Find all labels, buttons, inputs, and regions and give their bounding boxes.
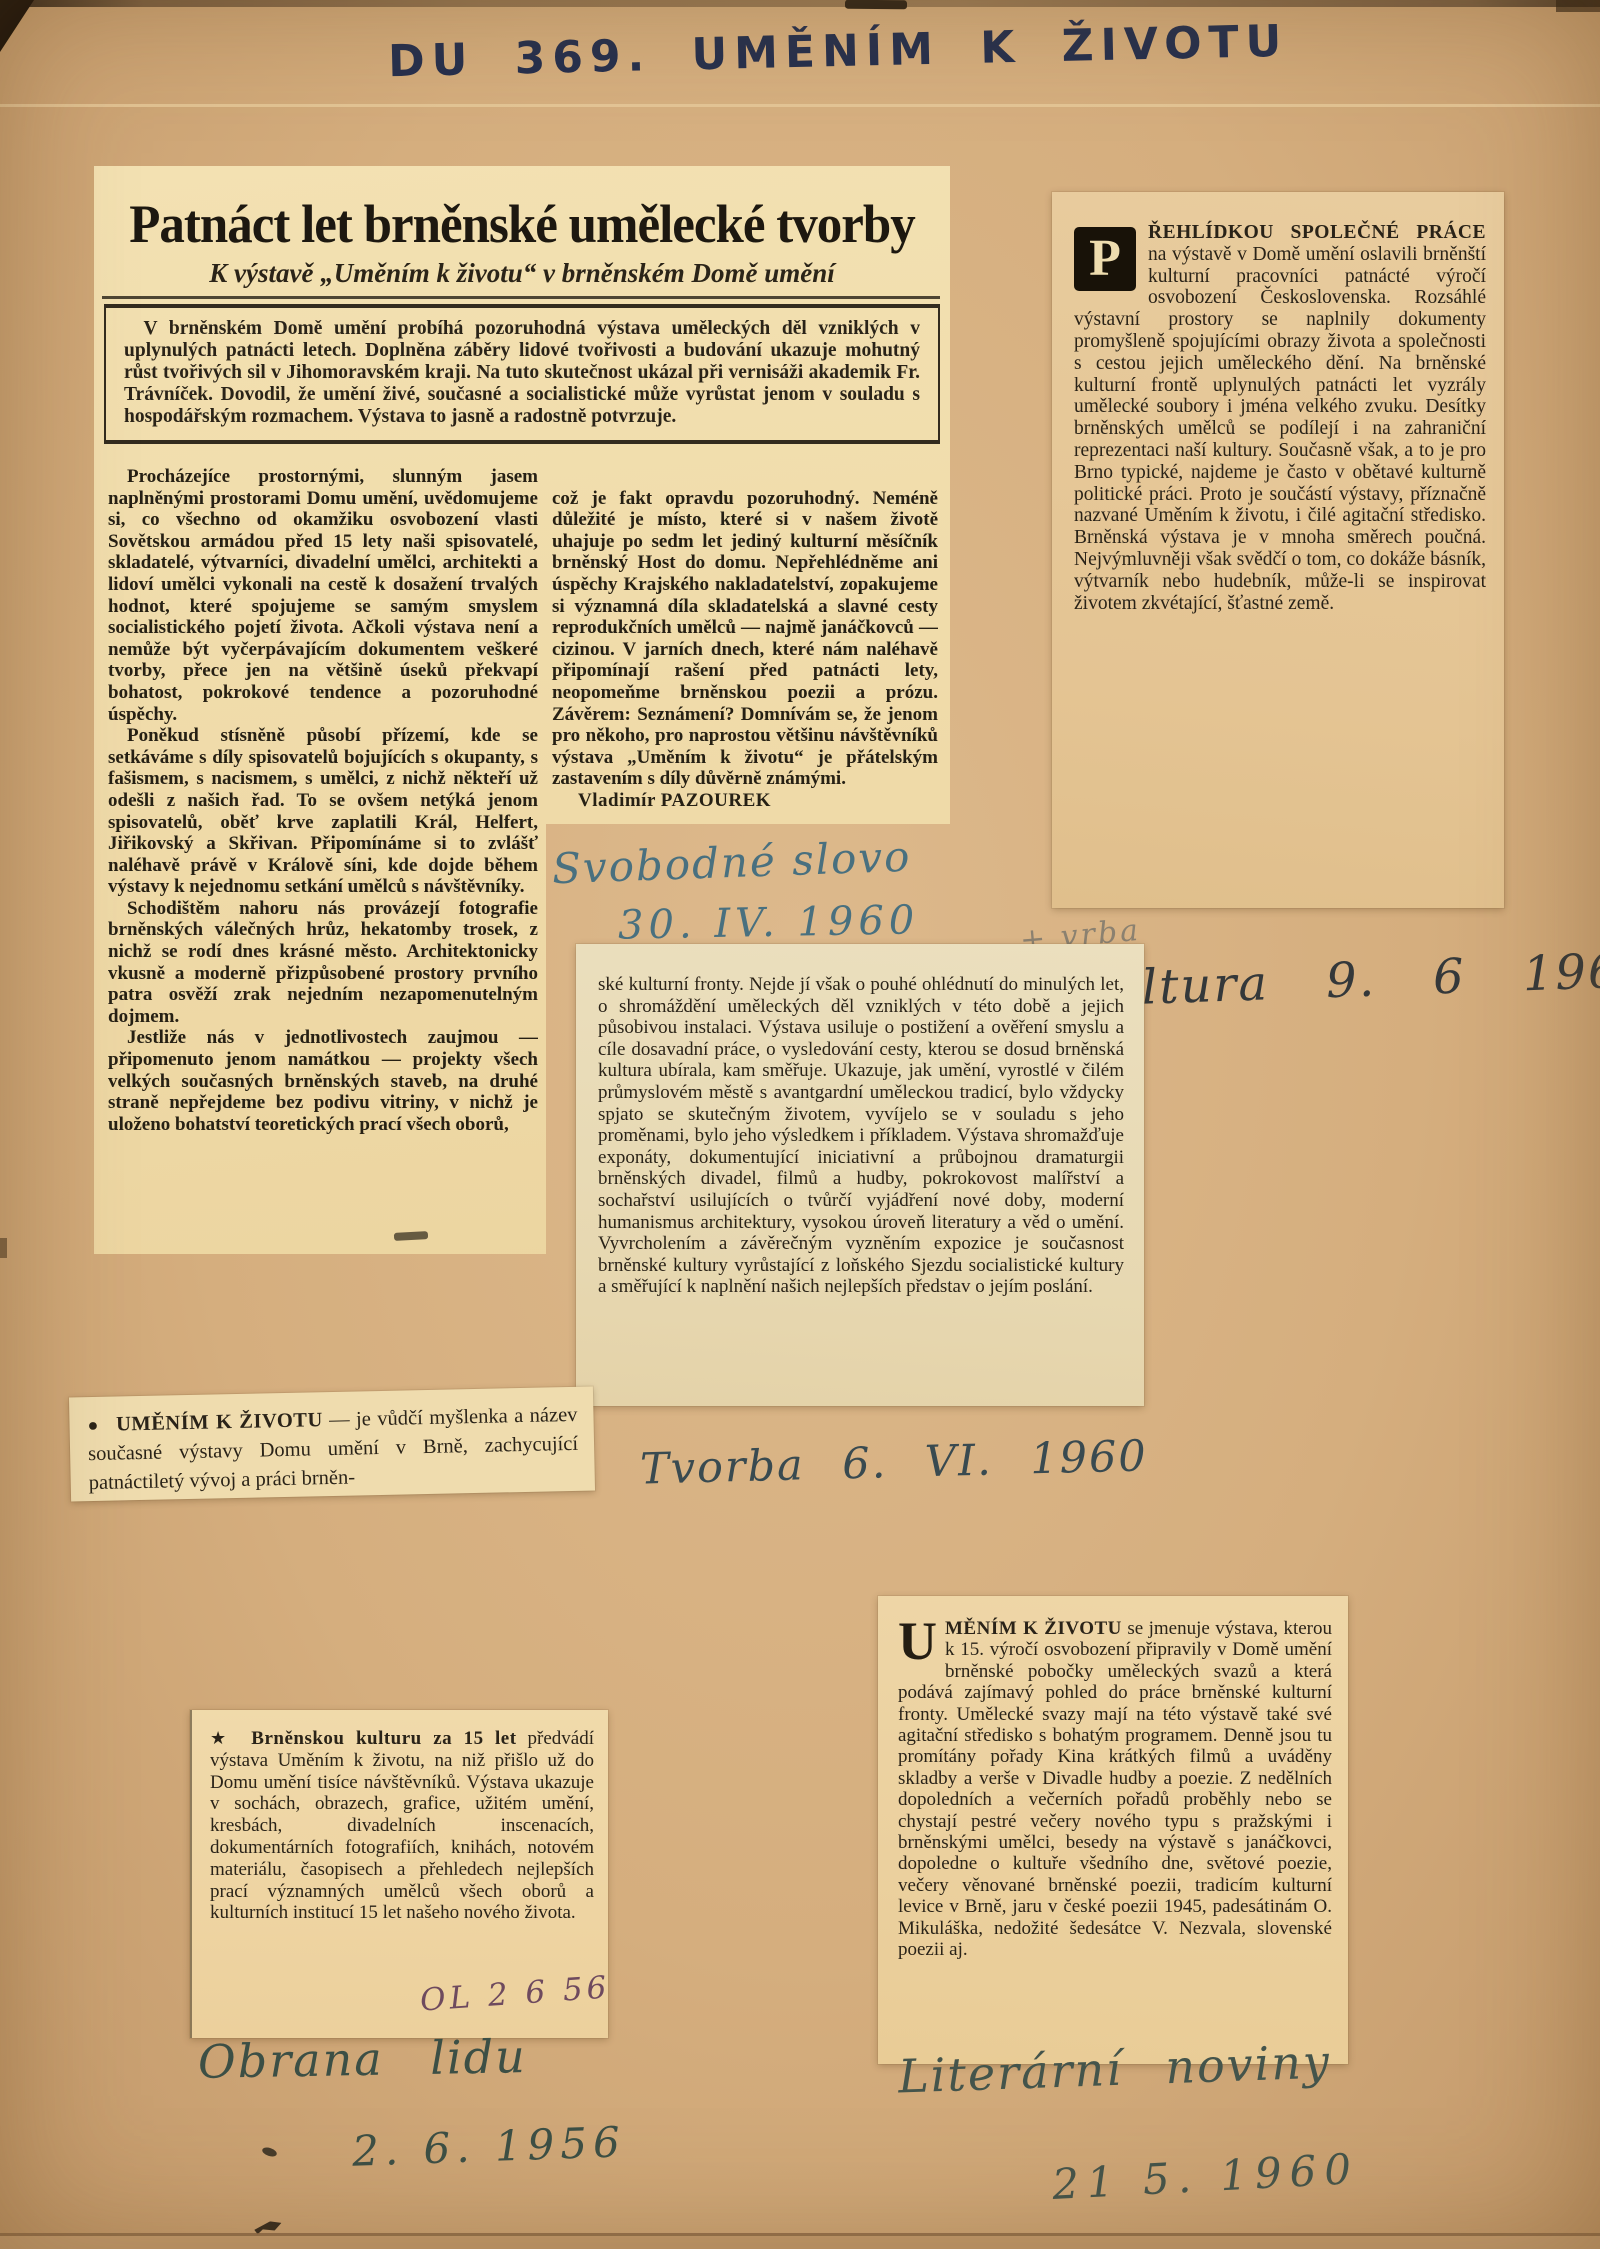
handwritten-source-svobodne-slovo: Svobodné slovo (551, 832, 912, 894)
article-headline: Patnáct let brněnské umělecké tvorby (94, 194, 950, 255)
clipping-prehlidkou: P ŘEHLÍDKOU SPOLEČNÉ PRÁCE na výstavě v … (1052, 192, 1504, 908)
bullet-icon: ● (87, 1415, 100, 1435)
brnenskou-body: předvádí výstava Uměním k životu, na niž… (210, 1728, 594, 1923)
brnenskou-lead: Brněnskou kulturu za 15 let (251, 1728, 516, 1749)
page-corner-shadow (0, 0, 34, 52)
handwritten-source-tvorba: Tvorba 6. VI. 1960 (639, 1431, 1148, 1494)
scrapbook-page: DU 369. UMĚNÍM K ŽIVOTU Patnáct let brně… (0, 0, 1600, 2249)
drop-cap-u: U (898, 1620, 937, 1662)
ink-blot-mark (261, 2146, 278, 2158)
article-column-left: Procházejíce prostornými, slunným jasem … (108, 466, 538, 1248)
column-right-text: což je fakt opravdu pozoruhodný. Neméně … (552, 488, 938, 790)
handwritten-date-obrana-lidu: 2. 6. 1956 (351, 2117, 626, 2176)
handwritten-source-kultura: Kultura 9. 6 1960 (1071, 942, 1600, 1018)
article-lead-box: V brněnském Domě umění probíhá pozoruhod… (104, 304, 940, 444)
drop-cap-p: P (1074, 227, 1136, 291)
ske-body: ské kulturní fronty. Nejde jí však o pou… (598, 974, 1124, 1297)
page-edge-mark (0, 1238, 7, 1258)
page-top-mark (845, 0, 907, 9)
headline-rule (102, 296, 940, 299)
prehlidkou-body: na výstavě v Domě umění oslavili brněnšt… (1074, 244, 1486, 614)
star-icon: ★ (210, 1728, 232, 1748)
clipping-umenim-bullet: ● UMĚNÍM K ŽIVOTU — je vůdčí myšlenka a … (69, 1387, 595, 1502)
clipping-ske-kulturni-fronty: ské kulturní fronty. Nejde jí však o pou… (576, 944, 1144, 1406)
article-column-right: což je fakt opravdu pozoruhodný. Neméně … (552, 466, 938, 818)
page-top-edge (0, 0, 1600, 7)
handwritten-date-svobodne-slovo: 30. IV. 1960 (618, 897, 920, 948)
page-bottom-strip (0, 2236, 1600, 2249)
clipping-umenim-se-jmenuje: U MĚNÍM K ŽIVOTU se jmenuje výstava, kte… (878, 1596, 1348, 2064)
handwritten-source-obrana-lidu: Obrana lidu (198, 2029, 528, 2089)
handwritten-archive-note: DU 369. UMĚNÍM K ŽIVOTU (388, 16, 1289, 87)
bullet-lead: UMĚNÍM K ŽIVOTU (116, 1409, 323, 1435)
handwritten-date-literarni-noviny: 21 5. 1960 (1051, 2144, 1360, 2209)
article-subtitle: K výstavě „Uměním k životu“ v brněnském … (94, 258, 950, 289)
page-fold-line (0, 104, 1600, 107)
article-author: Vladimír PAZOUREK (578, 790, 771, 811)
page-corner-shadow-right (1556, 0, 1600, 12)
umenim-lead: MĚNÍM K ŽIVOTU (945, 1618, 1122, 1639)
prehlidkou-lead: ŘEHLÍDKOU SPOLEČNÉ PRÁCE (1148, 222, 1486, 243)
umenim-body: se jmenuje výstava, kterou k 15. výročí … (898, 1618, 1332, 1960)
